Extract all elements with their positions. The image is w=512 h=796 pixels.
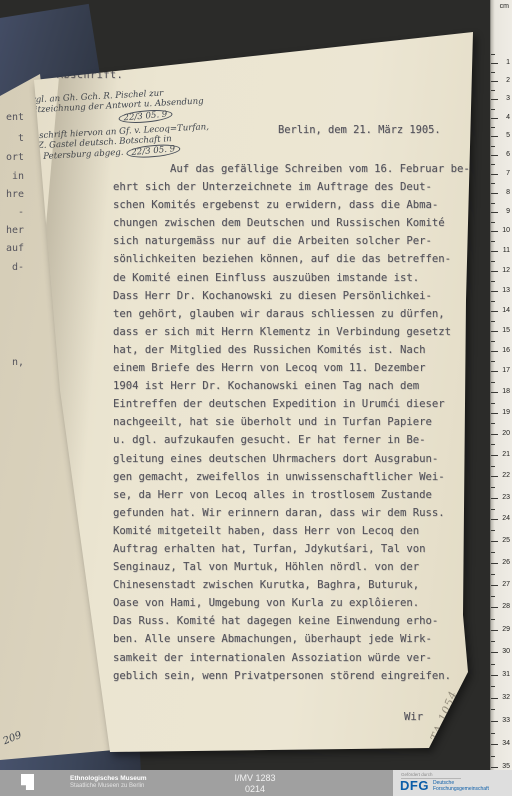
body-line: Auf das gefällige Schreiben vom 16. Febr…	[113, 160, 465, 178]
body-line: Auftrag erhalten hat, Turfan, Jdykutśari…	[113, 540, 465, 558]
body-line: ehrt sich der Unterzeichnete im Auftrage…	[113, 178, 465, 196]
ruler-tick-half	[491, 756, 495, 757]
ruler-tick-half	[491, 733, 495, 734]
catchword: Wir	[404, 711, 423, 723]
note-lines: Abschrift hiervon an Gf. v. Lecoq=Turfan…	[27, 122, 210, 164]
ruler-label: 1	[496, 59, 510, 66]
ruler-tick-half	[491, 90, 495, 91]
shelfmark-block: I/MV 1283 0214	[210, 773, 300, 795]
ruler-tick-half	[491, 423, 495, 424]
ruler-label: 25	[496, 537, 510, 544]
smb-logo-icon	[21, 774, 34, 790]
ruler-tick-half	[491, 164, 495, 165]
ruler-label: 26	[496, 559, 510, 566]
note-number: 2.	[16, 132, 29, 165]
ruler-label: 13	[496, 287, 510, 294]
letter-page: Abschrift. 1.Vrgl. an Gh. Gch. R. Pische…	[0, 0, 512, 796]
body-text: Auf das gefällige Schreiben vom 16. Febr…	[113, 160, 465, 685]
ruler-tick-half	[491, 341, 495, 342]
body-line: gen gemacht, zweifellos in unwissenschaf…	[113, 468, 465, 486]
ruler-tick-half	[491, 146, 495, 147]
note-number: 1.	[14, 96, 27, 129]
ruler-tick-half	[491, 261, 495, 262]
ruler-tick-half	[491, 361, 495, 362]
ruler-label: 9	[496, 208, 510, 215]
ruler-tick-half	[491, 54, 495, 55]
ruler-tick-half	[491, 596, 495, 597]
body-line: dass er sich mit Herrn Klementz in Verbi…	[113, 323, 465, 341]
ruler-label: 28	[496, 603, 510, 610]
body-line: 1904 ist Herr Dr. Kochanowski einen Tag …	[113, 377, 465, 395]
ruler-label: 15	[496, 327, 510, 334]
ruler-tick-half	[491, 664, 495, 665]
scanned-document-photo: enttortinhre-heraufd-n, 209 Abschrift. 1…	[0, 0, 512, 796]
ruler-label: 21	[496, 451, 510, 458]
dfg-logo: DFG	[400, 778, 429, 793]
ruler-tick-half	[491, 641, 495, 642]
ruler-tick-half	[491, 203, 495, 204]
body-line: sönlichkeiten beziehen können, auf die d…	[113, 250, 465, 268]
ruler-label: 2	[496, 77, 510, 84]
ruler-tick-half	[491, 382, 495, 383]
body-line: Oase von Hami, Umgebung von Kurla zu exp…	[113, 594, 465, 612]
ruler-label: 10	[496, 227, 510, 234]
ruler-tick-half	[491, 530, 495, 531]
body-line: Komité mitgeteilt haben, dass Herr von L…	[113, 522, 465, 540]
body-line: hat, der Mitglied des Russichen Komités …	[113, 341, 465, 359]
ruler-label: 33	[496, 717, 510, 724]
ruler-label: 29	[496, 626, 510, 633]
body-line: schen Komités ergebenst zu erwidern, das…	[113, 196, 465, 214]
ruler-label: 16	[496, 347, 510, 354]
ruler-tick-half	[491, 241, 495, 242]
ruler-label: 4	[496, 114, 510, 121]
body-line: ten gehört, glauben wir daraus schliesse…	[113, 305, 465, 323]
note-lines: Vrgl. an Gh. Gch. R. Pischel zurMitzeich…	[25, 86, 204, 128]
body-line: Das Russ. Komité hat dagegen keine Einwe…	[113, 612, 465, 630]
ruler-label: 17	[496, 367, 510, 374]
body-line: nachgeeilt, hat sie überholt und in Turf…	[113, 413, 465, 431]
body-line: ben. Alle unsere Abmachungen, überhaupt …	[113, 630, 465, 648]
body-line: se, da Herr von Lecoq alles in trostlose…	[113, 486, 465, 504]
ruler-label: 3	[496, 95, 510, 102]
ruler-label: 30	[496, 648, 510, 655]
museum-credit-text: Ethnologisches Museum Staatliche Museen …	[70, 775, 147, 790]
ruler-tick-half	[491, 127, 495, 128]
circled-date: 22/3 05. 9	[118, 108, 173, 125]
ruler-label: 27	[496, 581, 510, 588]
ruler-label: 8	[496, 189, 510, 196]
ruler-label: 23	[496, 494, 510, 501]
ruler-tick-half	[491, 109, 495, 110]
dfg-name: Deutsche Forschungsgemeinschaft	[433, 780, 503, 792]
dateline: Berlin, dem 21. März 1905.	[278, 124, 441, 136]
ruler-label: 19	[496, 409, 510, 416]
body-line: u. dgl. aufzukaufen gesucht. Er hat fern…	[113, 431, 465, 449]
body-line: samkeit der internationalen Assoziation …	[113, 649, 465, 667]
dfg-credit-plate: Gefördert durch DFG Deutsche Forschungsg…	[393, 770, 512, 796]
museum-subname: Staatliche Museen zu Berlin	[70, 783, 147, 790]
body-line: einem Briefe des Herrn von Lecoq vom 11.…	[113, 359, 465, 377]
handwritten-notes: 1.Vrgl. an Gh. Gch. R. Pischel zurMitzei…	[14, 84, 257, 168]
ruler-label: 12	[496, 267, 510, 274]
ruler-label: 32	[496, 694, 510, 701]
ruler-label: 24	[496, 515, 510, 522]
ruler-tick-half	[491, 183, 495, 184]
ruler-label: 34	[496, 740, 510, 747]
body-line: chungen zwischen dem Deutschen und Russi…	[113, 214, 465, 232]
ruler-label: 14	[496, 307, 510, 314]
ruler-tick-half	[491, 619, 495, 620]
body-line: Dass Herr Dr. Kochanowski zu diesen Pers…	[113, 287, 465, 305]
ruler-unit-label: cm	[500, 3, 509, 10]
body-line: Chinesenstadt zwischen Kurutka, Baghra, …	[113, 576, 465, 594]
body-line: geblich sein, wenn Privatpersonen stören…	[113, 667, 465, 685]
body-line: Senginauz, Tal von Murtuk, Höhlen nördl.…	[113, 558, 465, 576]
ruler-tick-half	[491, 222, 495, 223]
ruler-label: 18	[496, 388, 510, 395]
ruler-tick-half	[491, 403, 495, 404]
ruler-tick-half	[491, 552, 495, 553]
body-line: gleitung eines deutschen Uhrmachers dort…	[113, 450, 465, 468]
cm-ruler: cm 1234567891011121314151617181920212223…	[490, 0, 512, 796]
ruler-tick-half	[491, 509, 495, 510]
ruler-label: 5	[496, 132, 510, 139]
ruler-tick-half	[491, 574, 495, 575]
body-line: de Komité einen Einfluss auszuüben imsta…	[113, 269, 465, 287]
body-line: Eintreffen der deutschen Expedition in U…	[113, 395, 465, 413]
shelfmark: I/MV 1283	[210, 773, 300, 784]
ruler-tick-half	[491, 72, 495, 73]
copy-label: Abschrift.	[57, 70, 123, 81]
ruler-tick-half	[491, 709, 495, 710]
ruler-tick-half	[491, 281, 495, 282]
ruler-label: 22	[496, 472, 510, 479]
ruler-tick-half	[491, 301, 495, 302]
ruler-label: 31	[496, 671, 510, 678]
note-line: 22/3 05. 9	[118, 107, 204, 124]
body-line: gefunden hat. Wir erinnern daran, dass w…	[113, 504, 465, 522]
ruler-tick-half	[491, 487, 495, 488]
museum-credit: Ethnologisches Museum Staatliche Museen …	[21, 774, 147, 790]
ruler-label: 11	[496, 247, 510, 254]
ruler-tick-half	[491, 466, 495, 467]
ruler-label: 7	[496, 170, 510, 177]
image-number: 0214	[210, 784, 300, 795]
circled-date: 22/3 05. 9	[126, 143, 181, 160]
ruler-label: 6	[496, 151, 510, 158]
ruler-tick-half	[491, 686, 495, 687]
footer-bar: Ethnologisches Museum Staatliche Museen …	[0, 770, 512, 796]
ruler-label: 20	[496, 430, 510, 437]
body-line: sich naturgemäss nur auf die Arbeiten so…	[113, 232, 465, 250]
page-wrap: Abschrift. 1.Vrgl. an Gh. Gch. R. Pische…	[0, 0, 512, 796]
museum-name: Ethnologisches Museum	[70, 775, 147, 783]
ruler-tick-half	[491, 321, 495, 322]
ruler-tick-half	[491, 444, 495, 445]
